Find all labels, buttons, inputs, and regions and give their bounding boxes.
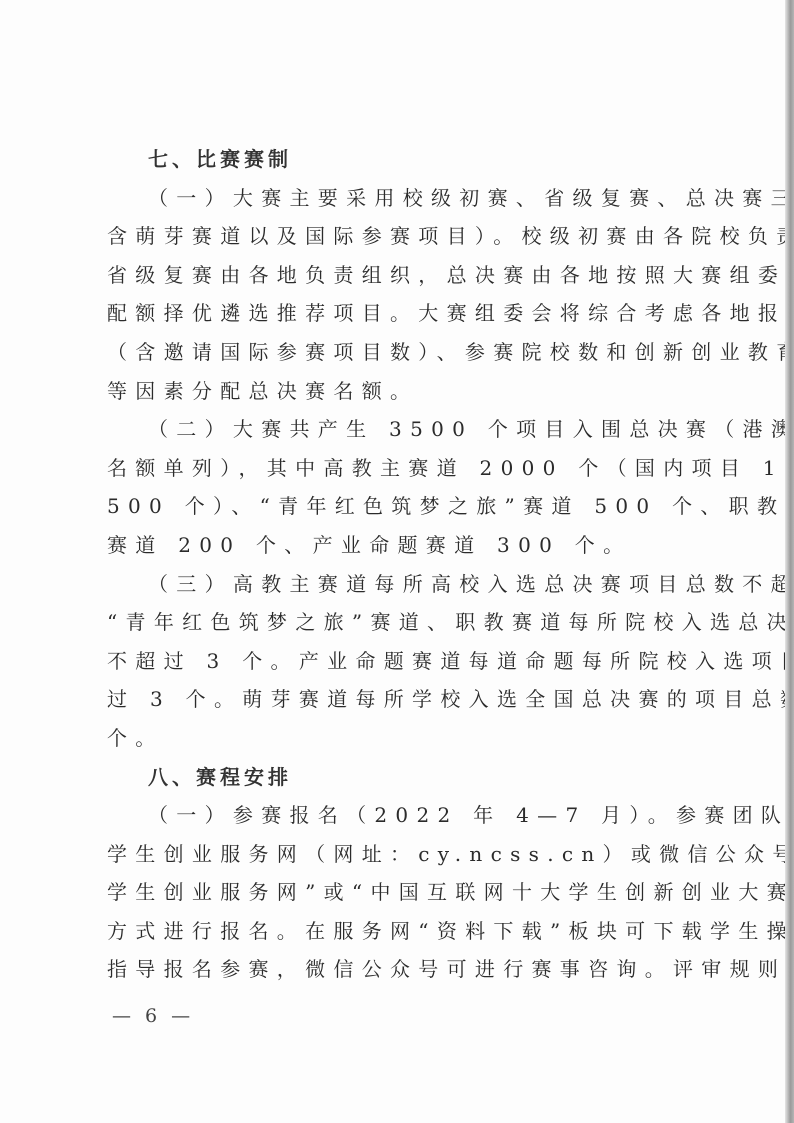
paragraph-line: 学生创业服务网”或“中国互联网十大学生创新创业大赛”）任一	[107, 873, 693, 912]
paragraph-line: （二）大赛共产生 3500 个项目入围总决赛（港澳台地区参赛	[107, 410, 693, 449]
paragraph-line: 个。	[107, 719, 693, 758]
paragraph-line: 学生创业服务网（网址：cy.ncss.cn）或微信公众号（名称为“全国大	[107, 835, 693, 874]
paragraph-line: 配额择优遴选推荐项目。大赛组委会将综合考虑各地报名团队数	[107, 294, 693, 333]
paragraph-line: 赛道 200 个、产业命题赛道 300 个。	[107, 526, 693, 565]
paragraph-line: （一）大赛主要采用校级初赛、省级复赛、总决赛三级赛制（不	[107, 179, 693, 218]
paragraph-line: 过 3 个。萌芽赛道每所学校入选全国总决赛的项目总数不超过 2	[107, 680, 693, 719]
paragraph-line: 等因素分配总决赛名额。	[107, 372, 693, 411]
paragraph-line: （含邀请国际参赛项目数）、参赛院校数和创新创业教育工作情况	[107, 333, 693, 372]
paragraph-line: 名额单列），其中高教主赛道 2000 个（国内项目 1500 个、国际项目	[107, 449, 693, 488]
section-heading-8: 八、赛程安排	[107, 758, 693, 797]
paragraph-line: 500 个）、“青年红色筑梦之旅”赛道 500 个、职教赛道 500 个、萌芽	[107, 487, 693, 526]
paragraph-line: 省级复赛由各地负责组织，总决赛由各地按照大赛组委会确定的	[107, 256, 693, 295]
paragraph-line: （三）高教主赛道每所高校入选总决赛项目总数不超过 5 个，	[107, 565, 693, 604]
page-number: — 6 —	[112, 1005, 194, 1027]
paragraph-line: 方式进行报名。在服务网“资料下载”板块可下载学生操作手册	[107, 912, 693, 951]
paragraph-line: 不超过 3 个。产业命题赛道每道命题每所院校入选项目总数不超	[107, 642, 693, 681]
scan-edge-shadow	[785, 0, 794, 1123]
section-heading-7: 七、比赛赛制	[107, 140, 693, 179]
document-body: 七、比赛赛制 （一）大赛主要采用校级初赛、省级复赛、总决赛三级赛制（不 含萌芽赛…	[107, 140, 693, 989]
paragraph-line: 含萌芽赛道以及国际参赛项目）。校级初赛由各院校负责组织，	[107, 217, 693, 256]
paragraph-line: “青年红色筑梦之旅”赛道、职教赛道每所院校入选总决赛项目各	[107, 603, 693, 642]
document-page: 七、比赛赛制 （一）大赛主要采用校级初赛、省级复赛、总决赛三级赛制（不 含萌芽赛…	[0, 0, 794, 1123]
paragraph-line: （一）参赛报名（2022 年 4—7 月）。参赛团队通过登录全国大	[107, 796, 693, 835]
paragraph-line: 指导报名参赛，微信公众号可进行赛事咨询。评审规则将于近期	[107, 950, 693, 989]
